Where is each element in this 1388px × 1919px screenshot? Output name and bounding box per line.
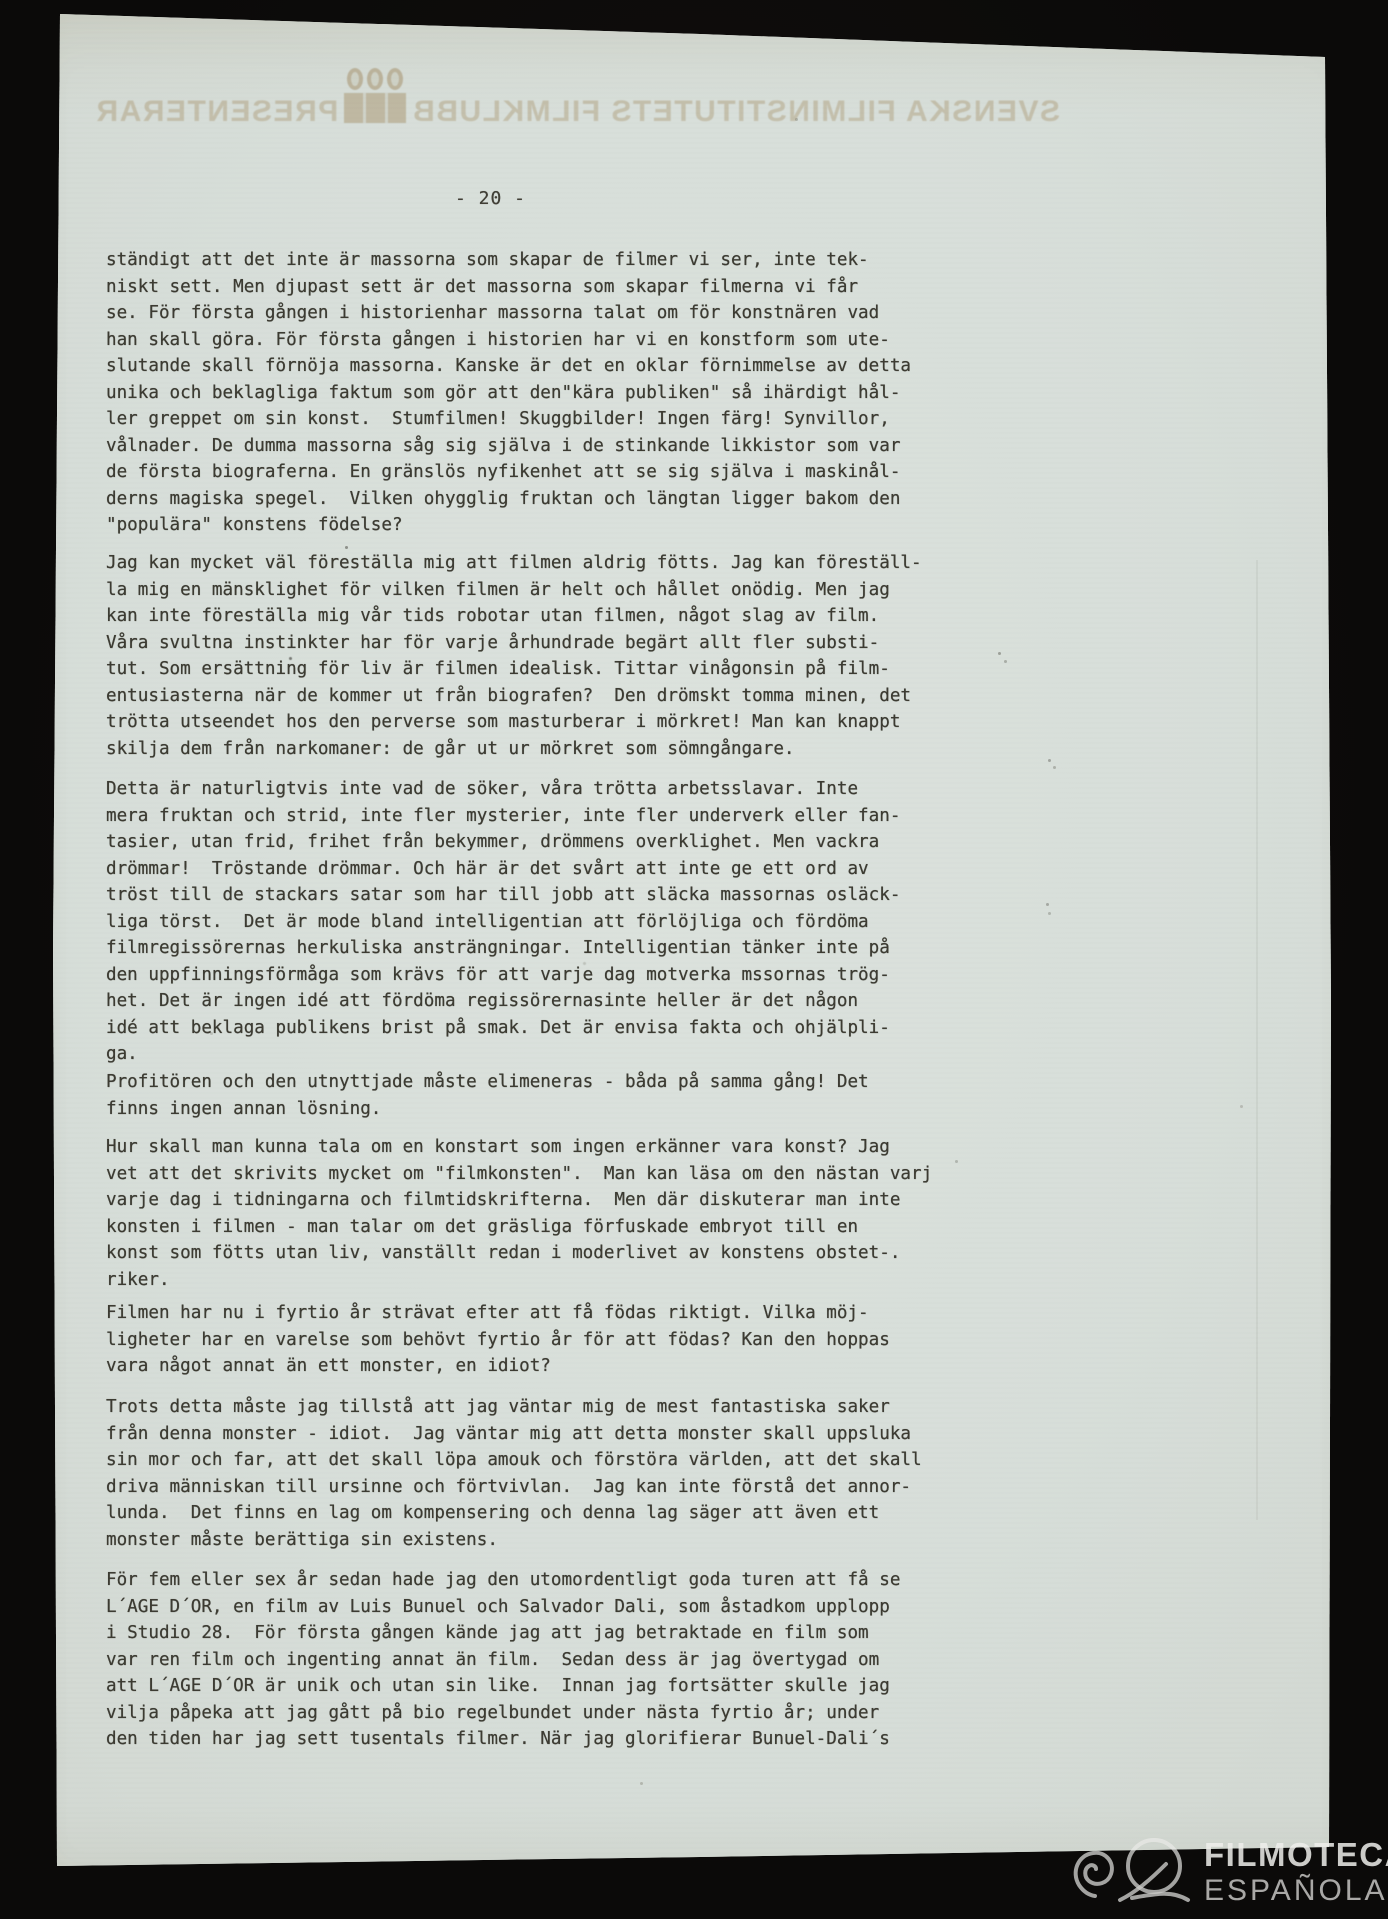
paragraph: Filmen har nu i fyrtio år strävat efter … bbox=[106, 1300, 1006, 1380]
paragraph: För fem eller sex år sedan hade jag den … bbox=[106, 1567, 1006, 1753]
paper-crease bbox=[1256, 560, 1258, 1520]
paragraph: Detta är naturligtvis inte vad de söker,… bbox=[106, 776, 1006, 1068]
paragraph: Jag kan mycket väl föreställa mig att fi… bbox=[106, 550, 1006, 762]
film-institute-logo-icon bbox=[342, 68, 408, 142]
paragraph: Trots detta måste jag tillstå att jag vä… bbox=[106, 1394, 1006, 1553]
paragraph: Profitören och den utnyttjade måste elim… bbox=[106, 1069, 1006, 1122]
page-number: - 20 - bbox=[455, 188, 526, 209]
filmoteca-watermark-text: FILMOTECA ESPAÑOLA bbox=[1204, 1838, 1388, 1906]
bleedthrough-text-main: SVENSKA FILMINSTITUTETS FILMKLUBB bbox=[412, 95, 1060, 129]
paragraph: Hur skall man kunna tala om en konstart … bbox=[106, 1134, 1006, 1293]
paragraph: ständigt att det inte är massorna som sk… bbox=[106, 247, 1006, 539]
photo-background: SVENSKA FILMINSTITUTETS FILMKLUBB PRESEN… bbox=[0, 0, 1388, 1919]
watermark-title: FILMOTECA bbox=[1204, 1838, 1388, 1871]
filmoteca-watermark: FILMOTECA ESPAÑOLA bbox=[1062, 1828, 1388, 1915]
watermark-subtitle: ESPAÑOLA bbox=[1204, 1876, 1388, 1906]
document-page: SVENSKA FILMINSTITUTETS FILMKLUBB PRESEN… bbox=[0, 0, 1388, 1919]
logo-base bbox=[344, 93, 406, 123]
logo-ovals bbox=[347, 68, 403, 90]
bleedthrough-header: SVENSKA FILMINSTITUTETS FILMKLUBB PRESEN… bbox=[95, 80, 1060, 144]
bleedthrough-text-right: PRESENTERAR bbox=[95, 95, 338, 129]
scan-specks bbox=[0, 0, 3, 3]
filmoteca-spiral-icon bbox=[1062, 1828, 1194, 1915]
